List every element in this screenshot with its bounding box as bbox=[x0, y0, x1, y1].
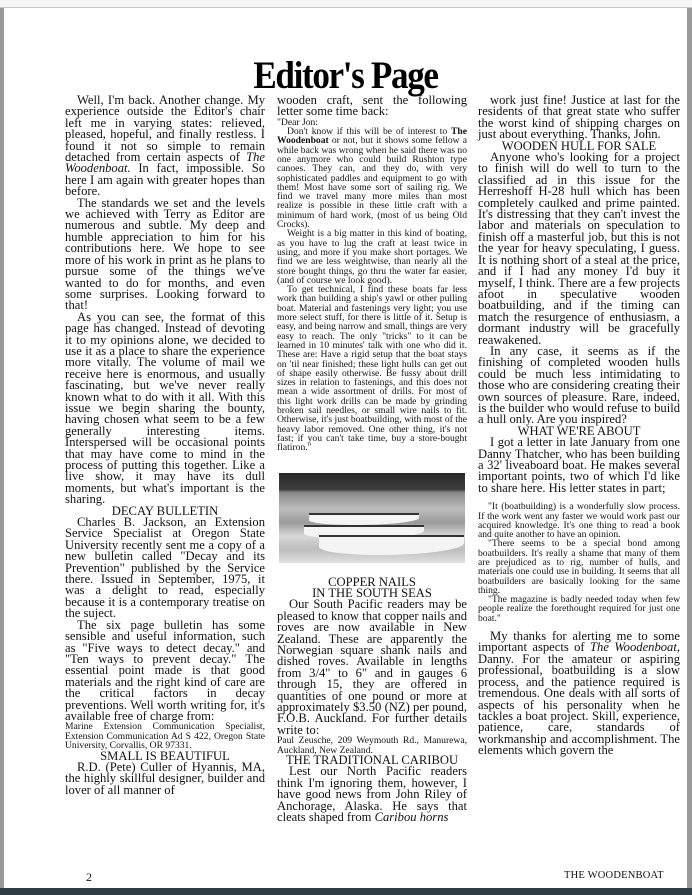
address: Marine Extension Communication Specialis… bbox=[65, 722, 265, 750]
document-page: Editor's Page Well, I'm back. Another ch… bbox=[4, 8, 687, 888]
paragraph: As you can see, the format of this page … bbox=[65, 312, 265, 506]
paragraph: In any case, it seems as if the finishin… bbox=[478, 346, 680, 426]
paragraph: The six page bulletin has some sensible … bbox=[65, 620, 265, 723]
paragraph: I got a letter in late January from one … bbox=[478, 437, 680, 494]
paragraph: work just fine! Justice at last for the … bbox=[478, 95, 680, 141]
paragraph: Anyone who's looking for a project to fi… bbox=[478, 152, 680, 346]
column-3: work just fine! Justice at last for the … bbox=[478, 95, 680, 757]
text: Danny. For the amateur or aspiring profe… bbox=[478, 652, 680, 757]
paragraph: Well, I'm back. Another change. My exper… bbox=[65, 95, 265, 198]
paragraph: Our South Pacific readers may be pleased… bbox=[277, 599, 467, 736]
paragraph: The standards we set and the levels we a… bbox=[65, 198, 265, 312]
quote: "There seems to be a special bond among … bbox=[478, 539, 680, 595]
paragraph: My thanks for alerting me to some import… bbox=[478, 631, 680, 756]
paragraph: Weight is a big matter in this kind of b… bbox=[277, 229, 467, 285]
column-2: wooden craft, sent the following letter … bbox=[277, 95, 467, 823]
paragraph: R.D. (Pete) Culler of Hyannis, MA, the h… bbox=[65, 762, 265, 796]
column-1: Well, I'm back. Another change. My exper… bbox=[65, 95, 265, 796]
magazine-footer: THE WOODENBOAT bbox=[564, 870, 664, 881]
paragraph: Charles B. Jackson, an Extension Service… bbox=[65, 517, 265, 620]
quote: "It (boatbuilding) is a wonderfully slow… bbox=[478, 502, 680, 539]
text: or not, but it shows some fellow a while… bbox=[277, 135, 467, 230]
page-title: Editor's Page bbox=[38, 56, 653, 96]
letter-quote: "It (boatbuilding) is a wonderfully slow… bbox=[478, 502, 680, 623]
paragraph: Don't know if this will be of interest t… bbox=[277, 127, 467, 229]
viewer-bottom-bar bbox=[0, 888, 692, 895]
text: Well, I'm back. Another change. My exper… bbox=[65, 93, 265, 164]
paragraph: Lest our North Pacific readers think I'm… bbox=[277, 766, 467, 823]
page-number: 2 bbox=[86, 870, 92, 885]
italic-text: Caribou horns bbox=[375, 810, 449, 824]
viewer-top-bar bbox=[0, 0, 692, 8]
paragraph: To get technical, I find these boats far… bbox=[277, 285, 467, 452]
boats-on-shore-photo bbox=[279, 473, 465, 563]
quote: "The magazine is badly needed today when… bbox=[478, 595, 680, 623]
paragraph: wooden craft, sent the following letter … bbox=[277, 95, 467, 118]
letter-quote: "Dear Jon: Don't know if this will be of… bbox=[277, 118, 467, 453]
